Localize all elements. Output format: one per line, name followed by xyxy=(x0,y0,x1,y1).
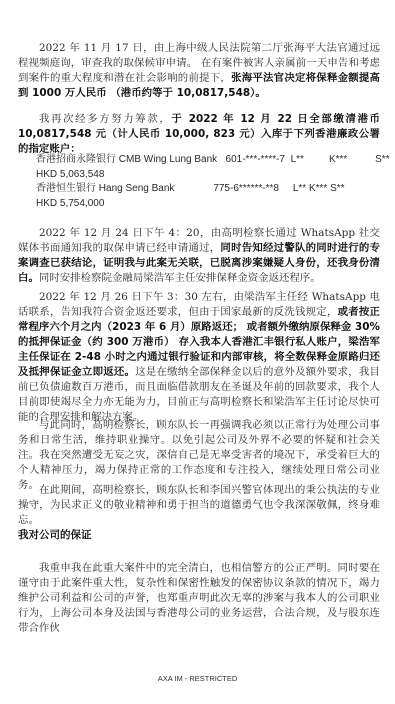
account-amount-hangseng: HKD 5,754,000 xyxy=(36,197,104,212)
document-page: 2022 年 11 月 17 日，由上海中级人民法院第二厅张海平大法官通过远程视… xyxy=(0,0,395,704)
holder: S** xyxy=(330,183,344,194)
classification-footer: AXA IM - RESTRICTED xyxy=(0,674,395,683)
paragraph-refund-terms: 2022 年 12 月 26 日下午 3：30 左右，由梁浩军主任经 Whats… xyxy=(18,290,380,425)
bank-name-cn: 香港招商永隆银行 xyxy=(36,154,116,165)
bank-name-en: Hang Seng Bank xyxy=(99,183,175,194)
paragraph-text: 同时安排检察院金融局梁浩军主任安排保释金资金返还程序。 xyxy=(39,272,321,284)
paragraph-bail-payment: 我再次经多方努力筹款，于 2022 年 12 月 22 日全部缴清港币 10,0… xyxy=(18,112,380,157)
holder: K*** xyxy=(309,183,327,194)
paragraph-meanwhile: 与此同时，高明检察长，顾东队长一再强调我必须以正常行为处理公司事务和日常生活，维… xyxy=(18,418,380,493)
account-row-cmb: 香港招商永隆银行 CMB Wing Lung Bank 601-***-****… xyxy=(36,153,390,168)
account-amount-cmb: HKD 5,063,548 xyxy=(36,168,104,183)
paragraph-text: 与此同时，高明检察长，顾东队长一再强调我必须以正常行为处理公司事务和日常生活，维… xyxy=(18,419,380,491)
holder: S** xyxy=(375,154,389,165)
paragraph-gratitude: 在此期间，高明检察长，顾东队长和李国兴警官体现出的秉公执法的专业操守，为民求正义… xyxy=(18,483,380,528)
account-number: 775-6******-**8 xyxy=(213,183,279,194)
holder: L** xyxy=(291,154,304,165)
section-heading: 我对公司的保证 xyxy=(18,527,92,542)
account-row-hangseng: 香港恒生银行 Hang Seng Bank 775-6******-**8 L*… xyxy=(36,182,345,197)
bank-name-en: CMB Wing Lung Bank xyxy=(119,154,217,165)
paragraph-company-guarantee: 我重申我在此重大案件中的完全清白，也相信警方的公正严明。同时要在谨守由于此案件重… xyxy=(18,561,380,636)
paragraph-text: 在此期间，高明检察长，顾东队长和李国兴警官体现出的秉公执法的专业操守，为民求正义… xyxy=(18,484,380,526)
paragraph-text: 我重申我在此重大案件中的完全清白，也相信警方的公正严明。同时要在谨守由于此案件重… xyxy=(18,562,380,634)
paragraph-text: 2022 年 12 月 26 日下午 3：30 左右，由梁浩军主任经 Whats… xyxy=(18,291,380,318)
holder: L** xyxy=(293,183,306,194)
paragraph-bail-approved: 2022 年 12 月 24 日下午 4：20，由高明检察长通过 WhatsAp… xyxy=(18,226,380,286)
paragraph-text: 我再次经多方努力筹款， xyxy=(39,113,171,125)
paragraph-bail-hearing: 2022 年 11 月 17 日，由上海中级人民法院第二厅张海平大法官通过远程视… xyxy=(18,41,380,101)
bank-name-cn: 香港恒生银行 xyxy=(36,183,96,194)
holder: K*** xyxy=(329,154,347,165)
account-number: 601-***-****-7 xyxy=(226,154,285,165)
